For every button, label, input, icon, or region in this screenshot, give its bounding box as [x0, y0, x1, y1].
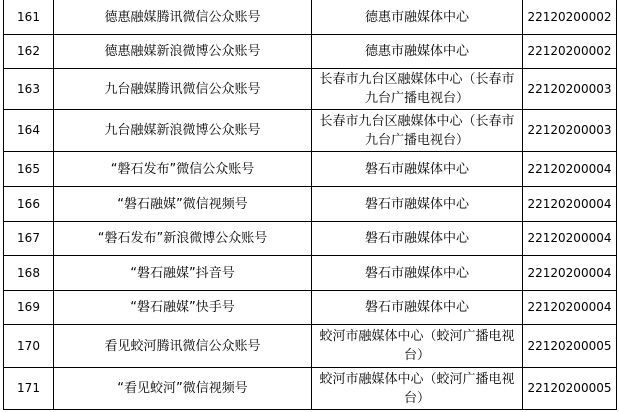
- table-row: 169 “磐石融媒”快手号 磐石市融媒体中心 22120200004: [4, 291, 617, 325]
- operating-unit: 长春市九台区融媒体中心（长春市九台广播电视台）: [312, 110, 523, 152]
- unit-code: 22120200004: [523, 187, 617, 222]
- account-name: 德惠融媒新浪微博公众账号: [54, 35, 312, 69]
- unit-code: 22120200004: [523, 291, 617, 325]
- operating-unit: 德惠市融媒体中心: [312, 35, 523, 69]
- account-name: 看见蛟河腾讯微信公众账号: [54, 325, 312, 368]
- table-row: 171 “看见蛟河”微信视频号 蛟河市融媒体中心（蛟河广播电视台） 221202…: [4, 368, 617, 410]
- unit-code: 22120200004: [523, 256, 617, 291]
- row-number: 164: [4, 110, 54, 152]
- operating-unit: 蛟河市融媒体中心（蛟河广播电视台）: [312, 325, 523, 368]
- table-row: 170 看见蛟河腾讯微信公众账号 蛟河市融媒体中心（蛟河广播电视台） 22120…: [4, 325, 617, 368]
- unit-code: 22120200002: [523, 35, 617, 69]
- account-name: 德惠融媒腾讯微信公众账号: [54, 0, 312, 35]
- account-name: “磐石融媒”快手号: [54, 291, 312, 325]
- unit-code: 22120200003: [523, 110, 617, 152]
- operating-unit: 长春市九台区融媒体中心（长春市九台广播电视台）: [312, 69, 523, 110]
- unit-code: 22120200003: [523, 69, 617, 110]
- account-name: 九台融媒新浪微博公众账号: [54, 110, 312, 152]
- table-row: 164 九台融媒新浪微博公众账号 长春市九台区融媒体中心（长春市九台广播电视台）…: [4, 110, 617, 152]
- table-row: 167 “磐石发布”新浪微博公众账号 磐石市融媒体中心 22120200004: [4, 222, 617, 256]
- operating-unit: 磐石市融媒体中心: [312, 222, 523, 256]
- table-row: 162 德惠融媒新浪微博公众账号 德惠市融媒体中心 22120200002: [4, 35, 617, 69]
- operating-unit: 磐石市融媒体中心: [312, 291, 523, 325]
- table-row: 165 “磐石发布”微信公众账号 磐石市融媒体中心 22120200004: [4, 152, 617, 187]
- row-number: 166: [4, 187, 54, 222]
- row-number: 163: [4, 69, 54, 110]
- row-number: 171: [4, 368, 54, 410]
- table-row: 163 九台融媒腾讯微信公众账号 长春市九台区融媒体中心（长春市九台广播电视台）…: [4, 69, 617, 110]
- operating-unit: 蛟河市融媒体中心（蛟河广播电视台）: [312, 368, 523, 410]
- account-name: “看见蛟河”微信视频号: [54, 368, 312, 410]
- row-number: 169: [4, 291, 54, 325]
- operating-unit: 磐石市融媒体中心: [312, 152, 523, 187]
- unit-code: 22120200004: [523, 152, 617, 187]
- unit-code: 22120200005: [523, 325, 617, 368]
- media-accounts-table: 161 德惠融媒腾讯微信公众账号 德惠市融媒体中心 22120200002 16…: [3, 0, 617, 410]
- table-row: 161 德惠融媒腾讯微信公众账号 德惠市融媒体中心 22120200002: [4, 0, 617, 35]
- unit-code: 22120200004: [523, 222, 617, 256]
- account-name: “磐石融媒”抖音号: [54, 256, 312, 291]
- row-number: 168: [4, 256, 54, 291]
- operating-unit: 磐石市融媒体中心: [312, 187, 523, 222]
- account-name: “磐石发布”微信公众账号: [54, 152, 312, 187]
- row-number: 161: [4, 0, 54, 35]
- operating-unit: 磐石市融媒体中心: [312, 256, 523, 291]
- account-name: “磐石发布”新浪微博公众账号: [54, 222, 312, 256]
- table-row: 168 “磐石融媒”抖音号 磐石市融媒体中心 22120200004: [4, 256, 617, 291]
- row-number: 167: [4, 222, 54, 256]
- operating-unit: 德惠市融媒体中心: [312, 0, 523, 35]
- row-number: 162: [4, 35, 54, 69]
- row-number: 170: [4, 325, 54, 368]
- account-name: “磐石融媒”微信视频号: [54, 187, 312, 222]
- table-body: 161 德惠融媒腾讯微信公众账号 德惠市融媒体中心 22120200002 16…: [4, 0, 617, 410]
- unit-code: 22120200002: [523, 0, 617, 35]
- row-number: 165: [4, 152, 54, 187]
- table-row: 166 “磐石融媒”微信视频号 磐石市融媒体中心 22120200004: [4, 187, 617, 222]
- unit-code: 22120200005: [523, 368, 617, 410]
- account-name: 九台融媒腾讯微信公众账号: [54, 69, 312, 110]
